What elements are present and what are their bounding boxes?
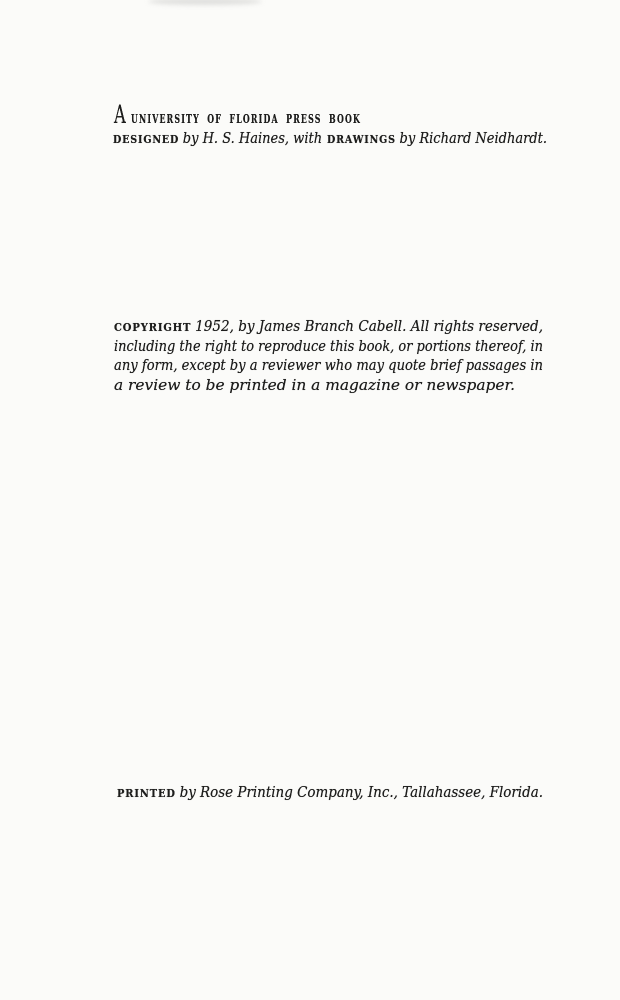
illustrator-name-text: by Richard Neidhardt. <box>400 129 547 147</box>
copyright-line-3: any form, except by a reviewer who may q… <box>114 356 611 376</box>
printer-line: PRINTEDby Rose Printing Company, Inc., T… <box>117 782 592 804</box>
printed-small-caps: PRINTED <box>117 787 176 800</box>
copyright-line-3-text: any form, except by a reviewer who may q… <box>114 356 543 376</box>
designed-small-caps: DESIGNED <box>113 133 179 146</box>
designer-name-text: by H. S. Haines, with <box>183 129 322 147</box>
printer-name-text: by Rose Printing Company, Inc., Tallahas… <box>180 783 543 801</box>
designer-credit-line: DESIGNEDby H. S. Haines, withDRAWINGSby … <box>113 128 614 150</box>
copyright-small-caps: COPYRIGHT <box>114 321 191 334</box>
printer-line-text: PRINTEDby Rose Printing Company, Inc., T… <box>117 782 543 804</box>
copyright-line-4-text: a review to be printed in a magazine or … <box>114 376 515 396</box>
copyright-notice: COPYRIGHT1952, by James Branch Cabell. A… <box>114 317 611 396</box>
press-line-small-caps: UNIVERSITY OF FLORIDA PRESS BOOK <box>131 112 361 126</box>
drawings-small-caps: DRAWINGS <box>327 133 396 146</box>
copyright-year-text: 1952, by James Branch Cabell. All rights… <box>195 317 543 335</box>
designer-credit-line-text: DESIGNEDby H. S. Haines, withDRAWINGSby … <box>113 128 547 150</box>
scan-smudge-artifact <box>148 0 262 5</box>
book-copyright-page: AUNIVERSITY OF FLORIDA PRESS BOOK DESIGN… <box>0 0 620 1000</box>
copyright-line-4: a review to be printed in a magazine or … <box>114 376 611 396</box>
copyright-line-1-text: COPYRIGHT1952, by James Branch Cabell. A… <box>114 317 543 338</box>
copyright-line-2-text: including the right to reproduce this bo… <box>114 337 543 357</box>
press-line-initial-cap: A <box>114 100 126 129</box>
copyright-line-1: COPYRIGHT1952, by James Branch Cabell. A… <box>114 317 611 337</box>
copyright-line-2: including the right to reproduce this bo… <box>114 337 611 357</box>
